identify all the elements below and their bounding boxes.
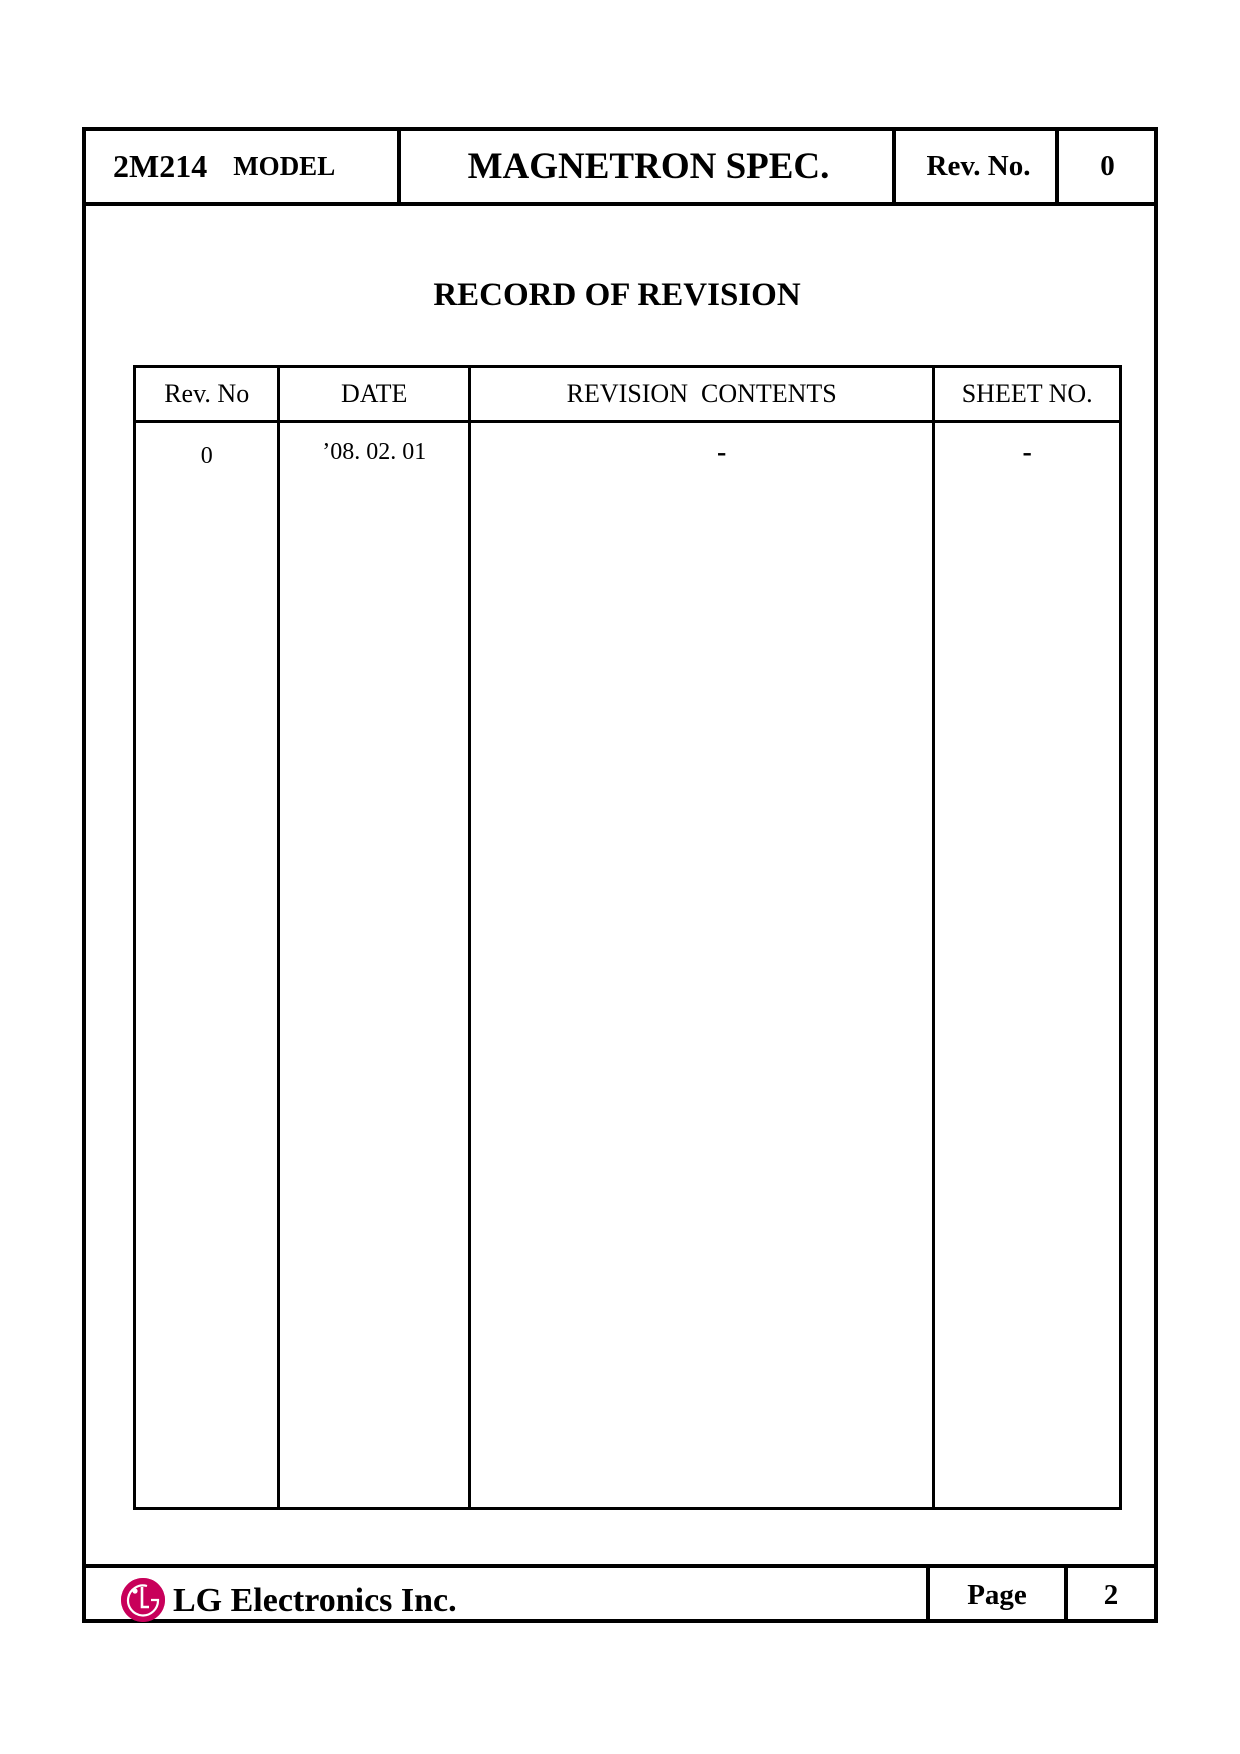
cell-rev-no: 0 (135, 422, 279, 1509)
rev-label: Rev. No. (900, 131, 1057, 202)
column-header-rev-no: Rev. No (135, 367, 279, 422)
company-name: LG Electronics Inc. (173, 1573, 457, 1628)
model-label: MODEL (233, 151, 335, 182)
cell-date: ’08. 02. 01 (279, 422, 470, 1509)
page-label: Page (930, 1568, 1064, 1623)
model-cell: 2M214 MODEL (86, 131, 397, 202)
column-header-sheet-no: SHEET NO. (934, 367, 1121, 422)
header-divider (1055, 131, 1059, 202)
revision-table: Rev. No DATE REVISION CONTENTS SHEET NO.… (133, 365, 1122, 1510)
contents-value: - (717, 437, 726, 468)
lg-logo-icon (121, 1578, 165, 1622)
section-title: RECORD OF REVISION (86, 277, 1154, 314)
header-bottom-rule (86, 202, 1154, 206)
table-row: 0 ’08. 02. 01 - - (135, 422, 1121, 1509)
document-frame: 2M214 MODEL MAGNETRON SPEC. Rev. No. 0 R… (82, 127, 1158, 1623)
cell-contents: - (470, 422, 934, 1509)
sheet-no-value: - (1023, 437, 1032, 468)
page-number: 2 (1068, 1568, 1154, 1623)
lg-logo-icon (121, 1578, 165, 1622)
cell-sheet-no: - (934, 422, 1121, 1509)
table-header-row: Rev. No DATE REVISION CONTENTS SHEET NO. (135, 367, 1121, 422)
rev-value: 0 (1061, 131, 1154, 202)
column-header-contents: REVISION CONTENTS (470, 367, 934, 422)
column-header-date: DATE (279, 367, 470, 422)
document-title: MAGNETRON SPEC. (401, 131, 896, 202)
section-title-text: RECORD OF REVISION (433, 277, 800, 314)
model-code: 2M214 (113, 148, 207, 185)
header-divider (892, 131, 896, 202)
